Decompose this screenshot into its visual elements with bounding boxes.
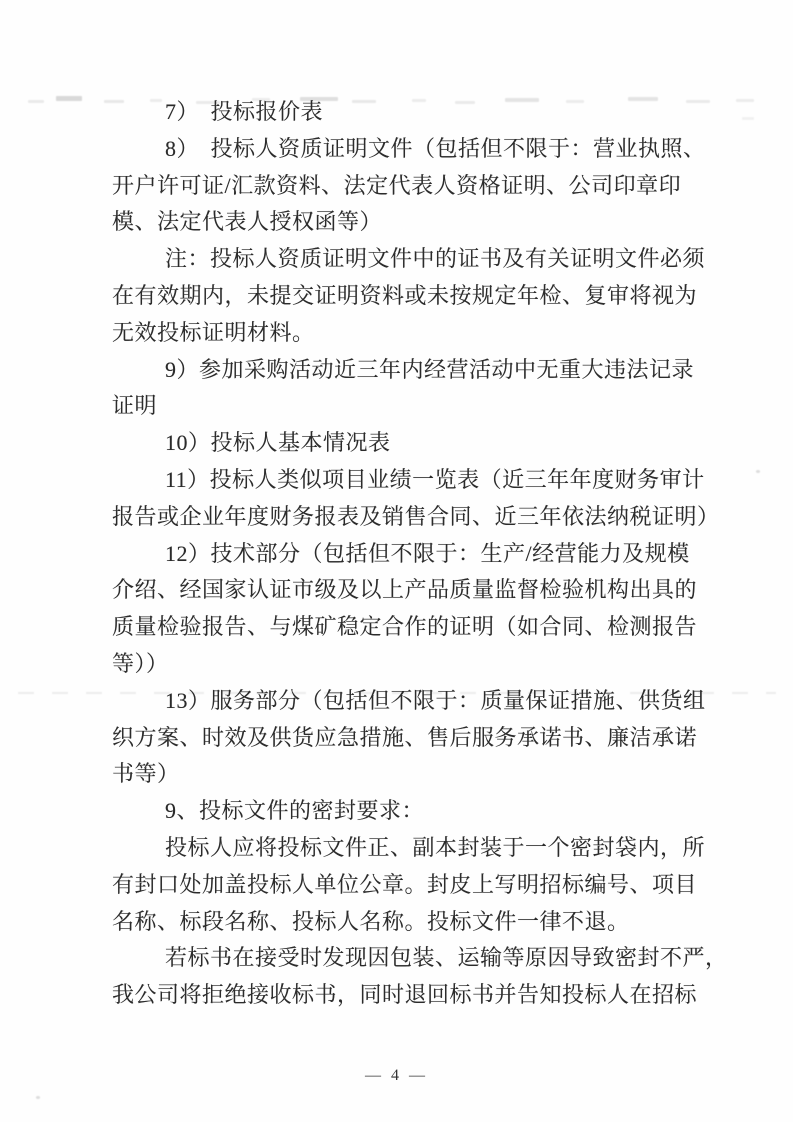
text-line: 报告或企业年度财务报表及销售合同、近三年依法纳税证明） [112,499,690,536]
text-line: 8） 投标人资质证明文件（包括但不限于：营业执照、 [112,131,690,168]
text-line: 我公司将拒绝接收标书，同时退回标书并告知投标人在招标 [112,977,690,1014]
text-line: 名称、标段名称、投标人名称。投标文件一律不退。 [112,904,690,941]
text-line: 书等） [112,756,690,793]
scan-noise-dash [742,117,754,120]
text-line: 13）服务部分（包括但不限于：质量保证措施、供货组 [112,683,690,720]
text-line: 12）技术部分（包括但不限于：生产/经营能力及规模 [112,536,690,573]
text-line: 注：投标人资质证明文件中的证书及有关证明文件必须 [112,241,690,278]
text-line: 9）参加采购活动近三年内经营活动中无重大违法记录 [112,352,690,389]
scan-noise-dash [28,100,44,103]
scan-noise-dash [56,96,82,101]
text-line: 证明 [112,388,690,425]
text-line: 在有效期内，未提交证明资料或未按规定年检、复审将视为 [112,278,690,315]
text-line: 7） 投标报价表 [112,94,690,131]
scan-speck [36,1096,40,1099]
scan-speck [756,470,760,473]
text-line: 9、投标文件的密封要求： [112,793,690,830]
document-body: 7） 投标报价表8） 投标人资质证明文件（包括但不限于：营业执照、开户许可证/汇… [112,94,690,1014]
text-line: 质量检验报告、与煤矿稳定合作的证明（如合同、检测报告 [112,609,690,646]
text-line: 有封口处加盖投标人单位公章。封皮上写明招标编号、项目 [112,867,690,904]
text-line: 无效投标证明材料。 [112,315,690,352]
text-line: 投标人应将投标文件正、副本封装于一个密封袋内，所 [112,830,690,867]
text-line: 介绍、经国家认证市级及以上产品质量监督检验机构出具的 [112,572,690,609]
text-line: 模、法定代表人授权函等） [112,204,690,241]
page-number: — 4 — [0,1067,793,1085]
text-line: 10）投标人基本情况表 [112,425,690,462]
text-line: 11）投标人类似项目业绩一览表（近三年年度财务审计 [112,462,690,499]
text-line: 等）） [112,646,690,683]
text-line: 织方案、时效及供货应急措施、售后服务承诺书、廉洁承诺 [112,720,690,757]
text-line: 开户许可证/汇款资料、法定代表人资格证明、公司印章印 [112,168,690,205]
text-line: 若标书在接受时发现因包装、运输等原因导致密封不严， [112,940,690,977]
document-page: 7） 投标报价表8） 投标人资质证明文件（包括但不限于：营业执照、开户许可证/汇… [0,0,793,1122]
scan-noise-dash [736,99,754,102]
